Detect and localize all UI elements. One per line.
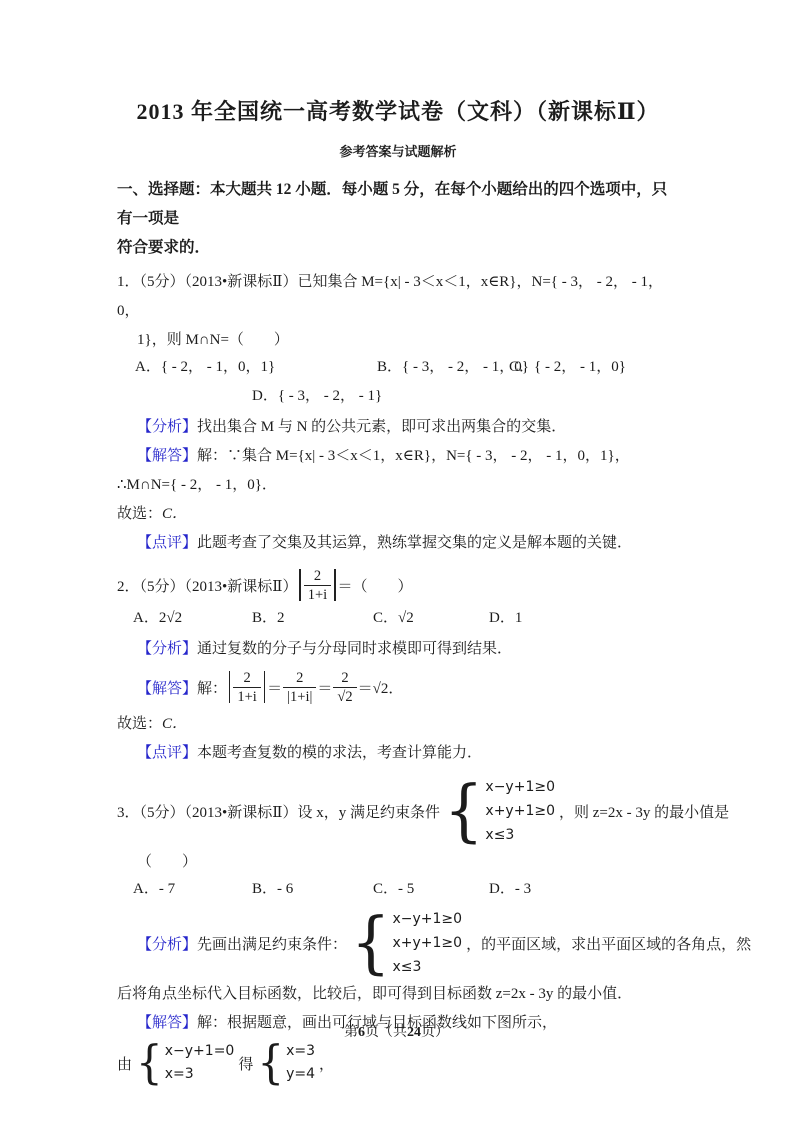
question-1: 1．（5分）（2013•新课标Ⅱ）已知集合 M={x| - 3＜x＜1，x∈R}…: [117, 268, 679, 558]
q1-analysis-text: 找出集合 M 与 N 的公共元素，即可求出两集合的交集．: [197, 419, 566, 435]
q1-option-c: C．{ - 2， - 1，0}: [509, 355, 626, 376]
comment-label: 【点评】: [137, 535, 197, 551]
q2-answer-prefix: 故选：: [117, 716, 162, 732]
q2-comment: 【点评】本题考查复数的模的求法，考查计算能力．: [117, 739, 679, 768]
q3-analysis-prefix: 先画出满足约束条件：: [197, 933, 347, 954]
q1-answer-letter: C．: [162, 506, 187, 522]
fraction-numerator: 2: [239, 669, 254, 687]
solve-label: 【解答】: [137, 448, 197, 464]
footer-mid: 页（共: [365, 1025, 407, 1040]
analysis-label: 【分析】: [137, 641, 197, 657]
fraction-denominator: 1+i: [233, 687, 260, 706]
footer-suffix: 页）: [421, 1025, 449, 1040]
q2-solution-fraction2: 2|1+i|: [283, 669, 316, 706]
left-brace: {: [257, 1038, 284, 1088]
absolute-value-bar: [229, 671, 230, 703]
q3-option-d: D．- 3: [489, 877, 531, 898]
system-line: x−y+1≥0: [392, 907, 462, 931]
system-lines: x−y+1≥0 x+y+1≥0 x≤3: [392, 907, 462, 979]
system-line: x=3: [165, 1063, 235, 1086]
q1-comment: 【点评】此题考查了交集及其运算，熟练掌握交集的定义是解本题的关键．: [117, 529, 679, 558]
q3-stem-suffix: ，则 z=2x - 3y 的最小值是: [559, 801, 729, 822]
q1-solution-text1: 解：∵集合 M={x| - 3＜x＜1，x∈R}，N={ - 3， - 2， -…: [197, 448, 630, 464]
equals-sign: ＝: [317, 677, 332, 698]
q1-stem-line2: 1}，则 M∩N=（ ）: [117, 326, 679, 355]
q2-analysis: 【分析】通过复数的分子与分母同时求模即可得到结果．: [117, 635, 679, 664]
q2-options-row: A．2√2 B．2 C．√2 D．1: [117, 606, 679, 635]
left-brace: {: [444, 775, 483, 846]
system-line: x−y+1≥0: [485, 775, 555, 799]
q2-option-b: B．2: [252, 606, 285, 627]
q1-option-d: D．{ - 3， - 2， - 1}: [252, 384, 382, 405]
page-subtitle: 参考答案与试题解析: [117, 143, 679, 161]
q2-solution-result: ＝√2．: [358, 677, 404, 698]
system-line: x+y+1≥0: [485, 799, 555, 823]
fraction-denominator: 1+i: [304, 585, 331, 604]
q1-comment-text: 此题考查了交集及其运算，熟练掌握交集的定义是解本题的关键．: [197, 535, 632, 551]
system-lines: x−y+1=0 x=3: [165, 1040, 235, 1086]
q1-stem-line1: 1．（5分）（2013•新课标Ⅱ）已知集合 M={x| - 3＜x＜1，x∈R}…: [117, 268, 679, 326]
solve-label: 【解答】: [137, 677, 197, 698]
q2-option-c: C．√2: [373, 606, 414, 627]
fraction-denominator: √2: [333, 687, 356, 706]
fraction-numerator: 2: [292, 669, 307, 687]
fraction-numerator: 2: [337, 669, 352, 687]
q2-answer-letter: C．: [162, 716, 187, 732]
system-lines: x−y+1≥0 x+y+1≥0 x≤3: [485, 775, 555, 847]
q3-option-c: C．- 5: [373, 877, 414, 898]
q2-analysis-text: 通过复数的分子与分母同时求模即可得到结果．: [197, 641, 512, 657]
section-heading-line1: 一、选择题：本大题共 12 小题．每小题 5 分，在每个小题给出的四个选项中，只…: [117, 181, 667, 227]
q2-answer: 故选：C．: [117, 710, 679, 739]
q1-answer-prefix: 故选：: [117, 506, 162, 522]
system-lines: x=3 y=4: [286, 1040, 315, 1086]
q3-eq-lead: 由: [117, 1053, 132, 1074]
q3-equation-system2: { x=3 y=4: [257, 1040, 315, 1086]
q3-analysis-system: { x−y+1≥0 x+y+1≥0 x≤3: [351, 907, 462, 979]
question-2: 2．（5分）（2013•新课标Ⅱ） 21+i ＝（ ） A．2√2 B．2 C．…: [117, 564, 679, 768]
q3-stem-prefix: 3．（5分）（2013•新课标Ⅱ）设 x，y 满足约束条件: [117, 801, 440, 822]
q3-solution-equations: 由 { x−y+1=0 x=3 得 { x=3 y=4 ，: [117, 1038, 679, 1088]
q1-analysis: 【分析】找出集合 M 与 N 的公共元素，即可求出两集合的交集．: [117, 413, 679, 442]
q2-stem-prefix: 2．（5分）（2013•新课标Ⅱ）: [117, 575, 297, 596]
q2-solution-fraction3: 2√2: [333, 669, 356, 706]
q2-stem-fraction: 21+i: [304, 567, 331, 604]
absolute-value-bar: [334, 569, 335, 601]
q3-option-a: A．- 7: [133, 877, 175, 898]
q3-constraint-system: { x−y+1≥0 x+y+1≥0 x≤3: [444, 775, 555, 847]
q2-solution-intro: 解：: [197, 677, 227, 698]
comment-label: 【点评】: [137, 745, 197, 761]
system-line: x+y+1≥0: [392, 931, 462, 955]
document-content: 2013 年全国统一高考数学试卷（文科）（新课标Ⅱ） 参考答案与试题解析 一、选…: [117, 0, 679, 1088]
q1-answer: 故选：C．: [117, 500, 679, 529]
system-line: x≤3: [392, 955, 462, 979]
q3-eq-tail: ，: [319, 1053, 334, 1074]
footer-prefix: 第: [344, 1025, 358, 1040]
system-line: x≤3: [485, 823, 555, 847]
system-line: x−y+1=0: [165, 1040, 235, 1063]
equals-sign: ＝: [267, 677, 282, 698]
q3-stem: 3．（5分）（2013•新课标Ⅱ）设 x，y 满足约束条件 { x−y+1≥0 …: [117, 774, 679, 848]
q2-option-a: A．2√2: [133, 606, 182, 627]
q1-options-row2: D．{ - 3， - 2， - 1}: [117, 384, 679, 413]
fraction-numerator: 2: [310, 567, 325, 585]
q1-option-b: B．{ - 3， - 2， - 1，0}: [377, 355, 529, 376]
q3-options-row: A．- 7 B．- 6 C．- 5 D．- 3: [117, 877, 679, 906]
system-line: x=3: [286, 1040, 315, 1063]
q2-stem-suffix: ＝（ ）: [338, 575, 413, 596]
q3-analysis: 【分析】 先画出满足约束条件： { x−y+1≥0 x+y+1≥0 x≤3 ，的…: [117, 906, 679, 980]
left-brace: {: [351, 907, 390, 978]
left-brace: {: [136, 1038, 163, 1088]
absolute-value-bar: [264, 671, 265, 703]
q3-option-b: B．- 6: [252, 877, 293, 898]
q1-option-a: A．{ - 2， - 1，0，1}: [135, 355, 275, 376]
q3-analysis-suffix: ，的平面区域，求出平面区域的各角点，然: [466, 933, 751, 954]
system-line: y=4: [286, 1063, 315, 1086]
footer-page-number: 6: [358, 1025, 365, 1040]
page-title: 2013 年全国统一高考数学试卷（文科）（新课标Ⅱ）: [117, 96, 679, 128]
q1-solution-line1: 【解答】解：∵集合 M={x| - 3＜x＜1，x∈R}，N={ - 3， - …: [117, 442, 679, 471]
fraction-denominator: |1+i|: [283, 687, 316, 706]
q3-eq-mid: 得: [238, 1053, 253, 1074]
q3-stem-line2: （ ）: [117, 848, 679, 877]
section-heading: 一、选择题：本大题共 12 小题．每小题 5 分，在每个小题给出的四个选项中，只…: [117, 175, 679, 262]
q2-solution-fraction1: 21+i: [233, 669, 260, 706]
page-footer: 第6页（共24页）: [0, 1023, 793, 1043]
q3-equation-system1: { x−y+1=0 x=3: [136, 1040, 234, 1086]
q2-option-d: D．1: [489, 606, 522, 627]
footer-total-pages: 24: [407, 1025, 421, 1040]
analysis-label: 【分析】: [137, 419, 197, 435]
q1-options-row1: A．{ - 2， - 1，0，1} B．{ - 3， - 2， - 1，0} C…: [117, 355, 679, 384]
q1-solution-line2: ∴M∩N={ - 2， - 1，0}．: [117, 471, 679, 500]
analysis-label: 【分析】: [137, 933, 197, 954]
q2-solution: 【解答】 解： 21+i ＝ 2|1+i| ＝ 2√2 ＝√2．: [117, 664, 679, 710]
section-heading-line2: 符合要求的．: [117, 239, 210, 256]
absolute-value-bar: [299, 569, 300, 601]
q2-comment-text: 本题考查复数的模的求法，考查计算能力．: [197, 745, 482, 761]
q3-analysis-line2: 后将角点坐标代入目标函数，比较后，即可得到目标函数 z=2x - 3y 的最小值…: [117, 980, 679, 1009]
q2-stem: 2．（5分）（2013•新课标Ⅱ） 21+i ＝（ ）: [117, 564, 679, 606]
